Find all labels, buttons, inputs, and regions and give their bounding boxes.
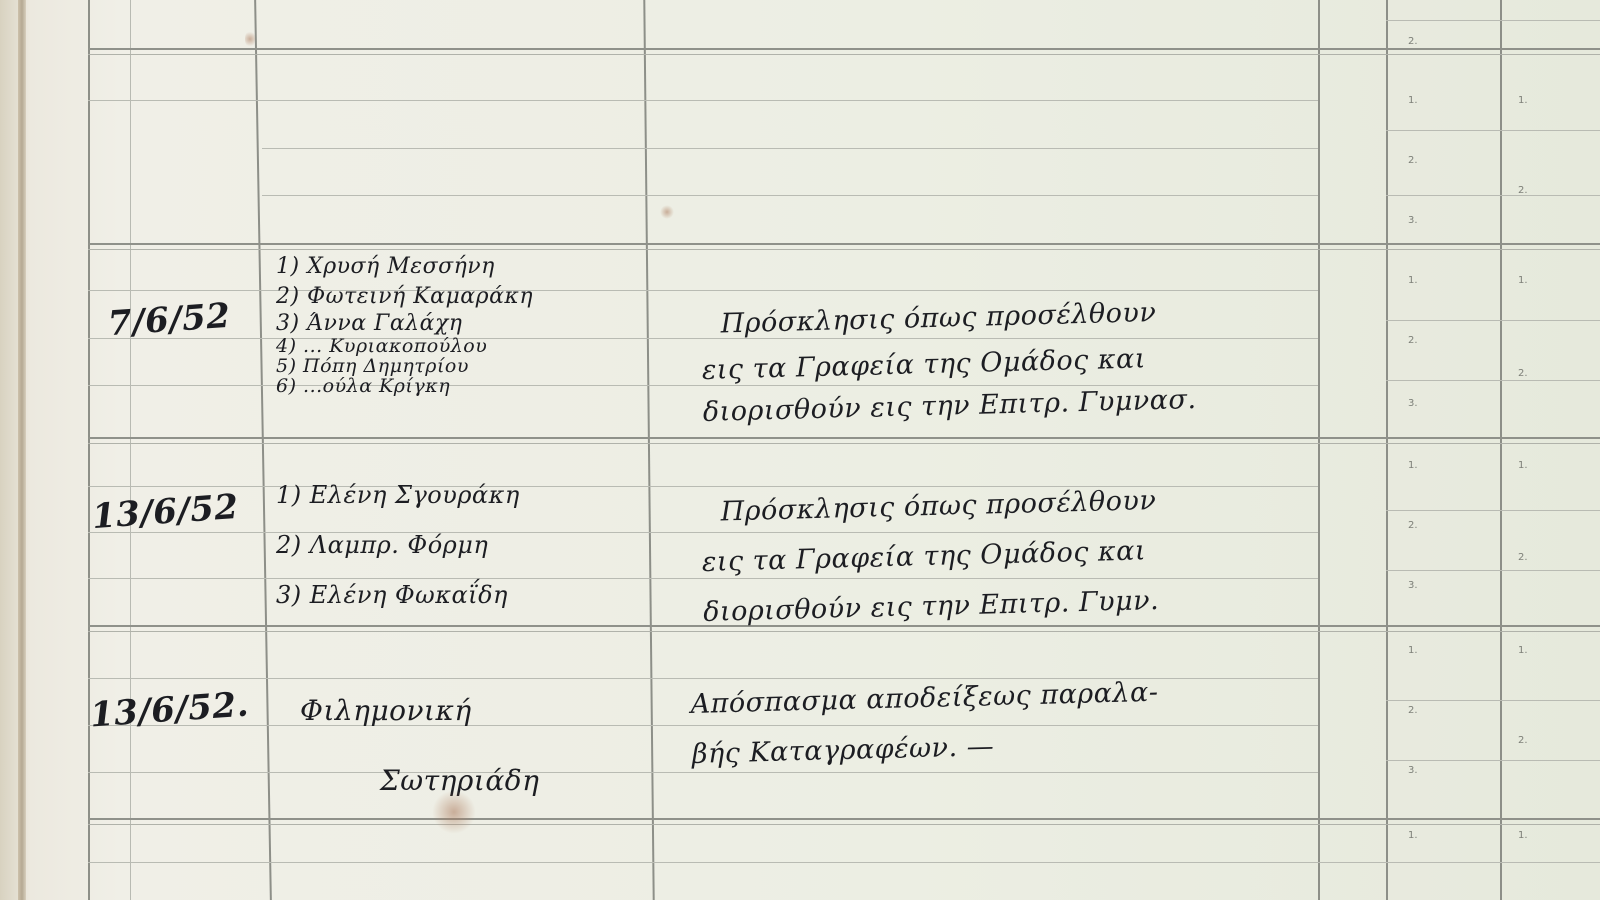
column-rule <box>643 0 654 900</box>
row-divider <box>88 818 1600 825</box>
cell-number: 2. <box>1408 705 1418 716</box>
ruled-line <box>1386 380 1600 381</box>
cell-number: 1. <box>1518 830 1528 841</box>
ruled-line <box>1386 130 1600 131</box>
column-rule <box>88 0 90 900</box>
cell-number: 1. <box>1518 460 1528 471</box>
entry-name: 2) Λαμπρ. Φόρμη <box>276 520 520 570</box>
ruled-line <box>1386 700 1600 701</box>
ruled-line <box>1386 570 1600 571</box>
entry-names: Φιλημονική Σωτηριάδη <box>300 676 539 816</box>
entry-name: 1) Χρυσή Μεσσήνη <box>276 252 533 282</box>
entry-names: 1) Χρυσή Μεσσήνη 2) Φωτεινή Καμαράκη 3) … <box>276 252 533 396</box>
cell-number: 1. <box>1518 95 1528 106</box>
cell-number: 2. <box>1408 36 1418 47</box>
ledger-page: 2. 1. 1. 2. 2. 3. 1. 1. 2. 2. 3. 1. 1. 2… <box>0 0 1600 900</box>
paper-stain <box>660 205 674 219</box>
entry-name: 3) Ελένη Φωκαΐδη <box>276 570 520 620</box>
paper-stain <box>432 790 476 834</box>
column-rule <box>1386 0 1388 900</box>
entry-description: Πρόσκλησις όπως προσέλθουν εις τα Γραφεί… <box>700 476 1160 638</box>
entry-name: 4) ... Κυριακοπούλου <box>276 336 533 356</box>
entry-name: 3) Άννα Γαλάχη <box>276 312 533 336</box>
column-rule <box>1500 0 1502 900</box>
ruled-line <box>1386 320 1600 321</box>
entry-name: Σωτηριάδη <box>300 746 539 816</box>
ruled-line <box>1386 20 1600 21</box>
cell-number: 1. <box>1408 645 1418 656</box>
ruled-line <box>88 862 1600 863</box>
row-divider <box>88 243 1600 250</box>
entry-names: 1) Ελένη Σγουράκη 2) Λαμπρ. Φόρμη 3) Ελέ… <box>276 470 520 620</box>
ruled-line <box>262 148 1318 149</box>
ruled-line <box>262 195 1318 196</box>
cell-number: 1. <box>1408 275 1418 286</box>
ruled-line <box>1386 510 1600 511</box>
cell-number: 1. <box>1518 645 1528 656</box>
cell-number: 1. <box>1408 830 1418 841</box>
column-rule <box>130 0 131 900</box>
entry-name: 6) ...ούλα Κρίγκη <box>276 376 533 396</box>
cell-number: 3. <box>1408 215 1418 226</box>
entry-description: Απόσπασμα αποδείξεως παραλα- βής Καταγρα… <box>690 668 1160 780</box>
entry-name: Φιλημονική <box>300 676 539 746</box>
cell-number: 2. <box>1518 552 1528 563</box>
entry-name: 2) Φωτεινή Καμαράκη <box>276 282 533 312</box>
entry-date: 13/6/52 <box>91 487 240 537</box>
cell-number: 1. <box>1408 460 1418 471</box>
paper-stain <box>245 30 255 48</box>
cell-number: 3. <box>1408 398 1418 409</box>
entry-date: 13/6/52. <box>89 685 250 736</box>
cell-number: 3. <box>1408 765 1418 776</box>
cell-number: 3. <box>1408 580 1418 591</box>
cell-number: 1. <box>1408 95 1418 106</box>
entry-name: 1) Ελένη Σγουράκη <box>276 470 520 520</box>
cell-number: 1. <box>1518 275 1528 286</box>
column-rule <box>1318 0 1320 900</box>
entry-description: Πρόσκλησις όπως προσέλθουν εις τα Γραφεί… <box>700 287 1197 434</box>
cell-number: 2. <box>1518 185 1528 196</box>
cell-number: 2. <box>1408 155 1418 166</box>
column-rule <box>254 0 272 900</box>
cell-number: 2. <box>1408 520 1418 531</box>
cell-number: 2. <box>1518 735 1528 746</box>
page-binding-edge <box>18 0 26 900</box>
entry-date: 7/6/52 <box>107 296 232 344</box>
ruled-line <box>1386 760 1600 761</box>
cell-number: 2. <box>1408 335 1418 346</box>
cell-number: 2. <box>1518 368 1528 379</box>
ruled-line <box>88 100 1318 101</box>
ruled-line <box>1386 195 1600 196</box>
row-divider <box>88 48 1600 55</box>
entry-name: 5) Πόπη Δημητρίου <box>276 356 533 376</box>
row-divider <box>88 437 1600 444</box>
